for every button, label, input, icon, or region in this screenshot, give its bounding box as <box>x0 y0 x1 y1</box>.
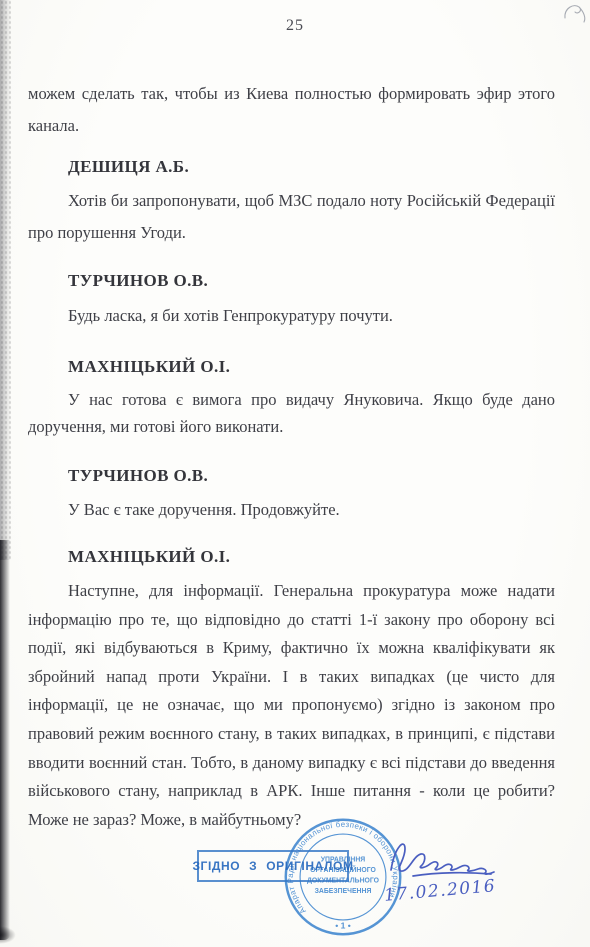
text-line: інформації, це не означає, що ми пропону… <box>28 691 555 720</box>
text-line: правовий режим воєнного стану, в таких в… <box>28 720 555 749</box>
signature <box>383 832 498 884</box>
text-line: У Вас є таке доручення. Продовжуйте. <box>28 495 555 524</box>
seal-center-line: ЗАБЕЗПЕЧЕННЯ <box>315 888 372 895</box>
speaker-heading: МАХНІЦЬКИЙ О.І. <box>28 547 590 567</box>
text-line: про порушення Угоди. <box>28 217 555 249</box>
text-line: можем сделать так, чтобы из Киева полнос… <box>28 78 555 110</box>
text-line: Хотів би запропонувати, щоб МЗС подало н… <box>28 185 555 217</box>
text-line: інформацію про те, що відповідно до стат… <box>28 606 555 635</box>
speaker-heading: ТУРЧИНОВ О.В. <box>28 466 590 486</box>
paragraph: У Вас є таке доручення. Продовжуйте. <box>28 495 555 524</box>
scan-edge-artifact-bottom <box>0 540 10 940</box>
paragraph: Будь ласка, я би хотів Генпрокуратуру по… <box>28 301 555 330</box>
paragraph: можем сделать так, чтобы из Киева полнос… <box>28 78 555 142</box>
text-line: У нас готова є вимога про видачу Янукови… <box>28 386 555 413</box>
seal-bottom-mark: • 1 • <box>335 921 351 931</box>
text-line: вводити воєнний стан. Тобто, в даному ви… <box>28 749 555 778</box>
certification-stamp: ЗГІДНО З ОРИГІНАЛОМ <box>197 850 349 882</box>
text-line: канала. <box>28 110 555 142</box>
speaker-heading: ДЕШИЦЯ А.Б. <box>28 157 590 177</box>
paragraph: Наступне, для інформації. Генеральна про… <box>28 577 555 834</box>
paragraph: У нас готова є вимога про видачу Янукови… <box>28 386 555 440</box>
paragraph: Хотів би запропонувати, щоб МЗС подало н… <box>28 185 555 249</box>
scanned-document-page: 25 можем сделать так, чтобы из Киева пол… <box>0 0 590 947</box>
text-line: військового стану, наприклад в АРК. Інше… <box>28 777 555 806</box>
text-line: події, які відбуваються в Криму, фактичн… <box>28 634 555 663</box>
certification-stamp-label: ЗГІДНО З ОРИГІНАЛОМ <box>192 859 353 873</box>
speaker-heading: МАХНІЦЬКИЙ О.І. <box>28 357 590 377</box>
speaker-heading: ТУРЧИНОВ О.В. <box>28 271 590 291</box>
text-line: збройний напад проти України. І в таких … <box>28 663 555 692</box>
text-line: доручення, ми готові його виконати. <box>28 413 555 440</box>
page-number: 25 <box>0 17 590 35</box>
scan-edge-artifact-top <box>0 0 11 560</box>
text-line: Наступне, для інформації. Генеральна про… <box>28 577 555 606</box>
text-line: Будь ласка, я би хотів Генпрокуратуру по… <box>28 301 555 330</box>
